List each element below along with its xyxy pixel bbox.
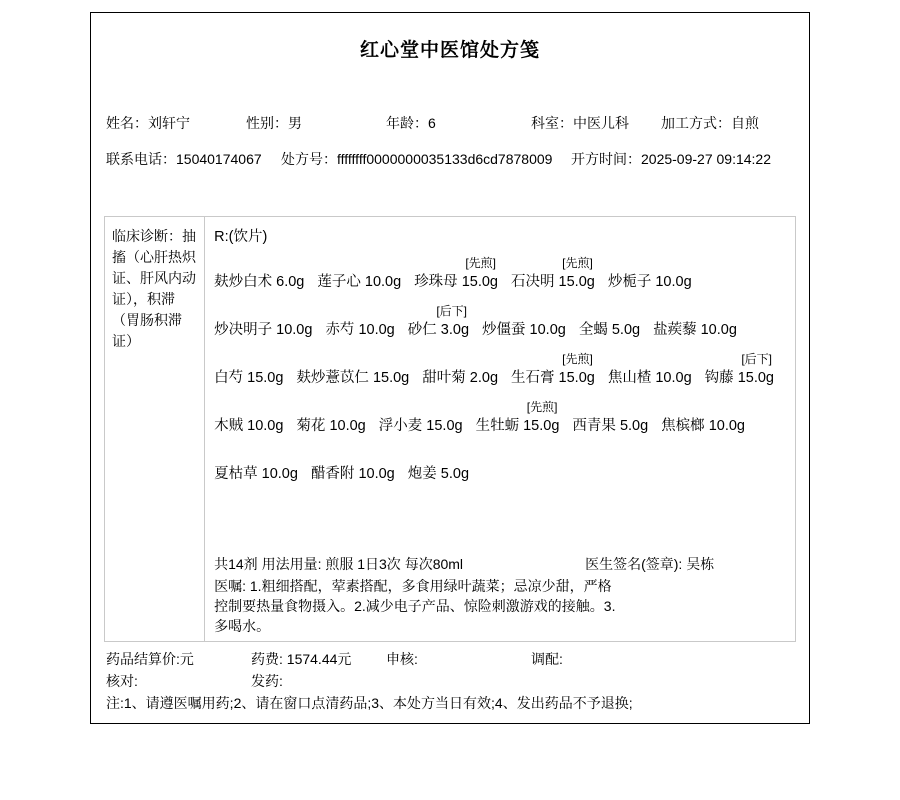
patient-age: 年龄：6 (386, 113, 436, 133)
herb-name-dose: 西青果 5.0g (572, 416, 648, 436)
herb-decoction-note (661, 399, 745, 416)
herb-item: 木贼 10.0g (214, 399, 283, 436)
herb-decoction-note (325, 303, 394, 320)
herb-item: 炒栀子 10.0g (608, 255, 692, 292)
herb-decoction-note (572, 399, 648, 416)
prescription-sheet: 红心堂中医馆处方笺 姓名：刘轩宁 性别：男 年龄：6 科室：中医儿科 加工方式：… (90, 12, 810, 724)
herb-item: 菊花 10.0g (296, 399, 365, 436)
herb-decoction-note (214, 399, 283, 416)
herb-item: 盐蒺藜 10.0g (653, 303, 737, 340)
herb-decoction-note (379, 399, 463, 416)
herb-name-dose: 莲子心 10.0g (317, 272, 401, 292)
herb-name-dose: 珍珠母 15.0g (414, 272, 498, 292)
herb-name-dose: 白芍 15.0g (214, 368, 283, 388)
herb-decoction-note (214, 255, 304, 272)
herb-item: [后下]砂仁 3.0g (408, 303, 469, 340)
herb-item: 焦槟榔 10.0g (661, 399, 745, 436)
herb-name-dose: 砂仁 3.0g (408, 320, 469, 340)
herb-decoction-note (482, 303, 566, 320)
herb-name-dose: 生石膏 15.0g (511, 368, 595, 388)
herb-name-dose: 炒僵蚕 10.0g (482, 320, 566, 340)
herb-item: 浮小麦 15.0g (379, 399, 463, 436)
herb-item: 麸炒薏苡仁 15.0g (296, 351, 409, 388)
herb-name-dose: 炒决明子 10.0g (214, 320, 312, 340)
herb-decoction-note (422, 351, 498, 368)
dose-count-usage: 共14剂 用法用量: 煎服 1日3次 每次80ml (214, 556, 463, 572)
herb-decoction-note (214, 447, 298, 464)
herb-name-dose: 浮小麦 15.0g (379, 416, 463, 436)
herb-item: 麸炒白术 6.0g (214, 255, 304, 292)
herb-item: 全蝎 5.0g (579, 303, 640, 340)
herb-item: [先煎]生石膏 15.0g (511, 351, 595, 388)
medicine-fee: 药费: 1574.44元 (251, 649, 351, 669)
herb-item: 夏枯草 10.0g (214, 447, 298, 484)
herb-name-dose: 麸炒白术 6.0g (214, 272, 304, 292)
check-field: 核对: (106, 671, 138, 691)
prescription-time: 开方时间：2025-09-27 09:14:22 (571, 149, 771, 169)
herb-decoction-note (296, 399, 365, 416)
clinic-title: 红心堂中医馆处方笺 (91, 35, 809, 62)
herb-name-dose: 石决明 15.0g (511, 272, 595, 292)
herb-name-dose: 甜叶菊 2.0g (422, 368, 498, 388)
herb-name-dose: 焦山楂 10.0g (608, 368, 692, 388)
herb-item: [先煎]石决明 15.0g (511, 255, 595, 292)
herb-item: 炮姜 5.0g (408, 447, 469, 484)
herb-item: 炒决明子 10.0g (214, 303, 312, 340)
doctor-signature: 医生签名(签章): 吴栋 (585, 554, 714, 574)
settlement-price: 药品结算价:元 (106, 649, 194, 669)
herb-decoction-note (317, 255, 401, 272)
herb-decoction-note: [后下] (408, 303, 469, 320)
doctor-advice: 医嘱: 1.粗细搭配，荤素搭配，多食用绿叶蔬菜；忌凉少甜，严格控制要热量食物摄入… (214, 576, 618, 636)
herb-decoction-note: [先煎] (476, 399, 560, 416)
dispense-prep-field: 调配: (531, 649, 563, 669)
herb-name-dose: 麸炒薏苡仁 15.0g (296, 368, 409, 388)
herb-list: 麸炒白术 6.0g 莲子心 10.0g[先煎]珍珠母 15.0g[先煎]石决明 … (214, 255, 787, 495)
herb-decoction-note (579, 303, 640, 320)
herb-item: [先煎]生牡蛎 15.0g (476, 399, 560, 436)
patient-name: 姓名：刘轩宁 (106, 113, 190, 133)
bottom-note: 注:1、请遵医嘱用药;2、请在窗口点清药品;3、本处方当日有效;4、发出药品不予… (106, 693, 633, 713)
herb-item: 白芍 15.0g (214, 351, 283, 388)
herb-item: [后下]钩藤 15.0g (705, 351, 774, 388)
herb-decoction-note (214, 303, 312, 320)
patient-gender: 性别：男 (246, 113, 302, 133)
herb-item: 赤芍 10.0g (325, 303, 394, 340)
herb-name-dose: 夏枯草 10.0g (214, 464, 298, 484)
herb-decoction-note: [先煎] (511, 351, 595, 368)
herb-decoction-note (296, 351, 409, 368)
herb-row: 木贼 10.0g 菊花 10.0g 浮小麦 15.0g[先煎]生牡蛎 15.0g… (214, 399, 787, 436)
rx-bottom-block: 共14剂 用法用量: 煎服 1日3次 每次80ml 医生签名(签章): 吴栋 医… (214, 554, 787, 636)
herb-item: 甜叶菊 2.0g (422, 351, 498, 388)
herb-decoction-note (408, 447, 469, 464)
herb-name-dose: 盐蒺藜 10.0g (653, 320, 737, 340)
issue-field: 发药: (251, 671, 283, 691)
review-field: 申核: (386, 649, 418, 669)
herb-row: 炒决明子 10.0g 赤芍 10.0g[后下]砂仁 3.0g 炒僵蚕 10.0g… (214, 303, 787, 340)
herb-decoction-note (214, 351, 283, 368)
herb-item: [先煎]珍珠母 15.0g (414, 255, 498, 292)
rx-type-label: R:(饮片) (214, 227, 787, 247)
herb-decoction-note (608, 255, 692, 272)
prescription-box: 临床诊断：抽搐（心肝热炽证、肝风内动证），积滞（胃肠积滞证） R:(饮片) 麸炒… (104, 216, 796, 642)
herb-item: 炒僵蚕 10.0g (482, 303, 566, 340)
herb-decoction-note: [先煎] (511, 255, 595, 272)
herb-name-dose: 醋香附 10.0g (311, 464, 395, 484)
herb-item: 西青果 5.0g (572, 399, 648, 436)
contact-phone: 联系电话：15040174067 (106, 149, 262, 169)
processing-method: 加工方式：自煎 (661, 113, 759, 133)
herb-decoction-note (311, 447, 395, 464)
herb-name-dose: 钩藤 15.0g (705, 368, 774, 388)
herb-name-dose: 生牡蛎 15.0g (476, 416, 560, 436)
herb-decoction-note (608, 351, 692, 368)
herb-item: 莲子心 10.0g (317, 255, 401, 292)
rx-column: R:(饮片) 麸炒白术 6.0g 莲子心 10.0g[先煎]珍珠母 15.0g[… (205, 217, 795, 641)
herb-name-dose: 菊花 10.0g (296, 416, 365, 436)
herb-name-dose: 全蝎 5.0g (579, 320, 640, 340)
clinical-diagnosis: 临床诊断：抽搐（心肝热炽证、肝风内动证），积滞（胃肠积滞证） (105, 217, 205, 641)
usage-row: 共14剂 用法用量: 煎服 1日3次 每次80ml 医生签名(签章): 吴栋 (214, 554, 787, 574)
prescription-number: 处方号：ffffffff0000000035133d6cd7878009 (281, 149, 552, 169)
herb-name-dose: 木贼 10.0g (214, 416, 283, 436)
herb-row: 白芍 15.0g 麸炒薏苡仁 15.0g 甜叶菊 2.0g[先煎]生石膏 15.… (214, 351, 787, 388)
department: 科室：中医儿科 (531, 113, 629, 133)
herb-decoction-note: [先煎] (414, 255, 498, 272)
herb-item: 醋香附 10.0g (311, 447, 395, 484)
herb-name-dose: 赤芍 10.0g (325, 320, 394, 340)
herb-decoction-note (653, 303, 737, 320)
herb-item: 焦山楂 10.0g (608, 351, 692, 388)
herb-name-dose: 炒栀子 10.0g (608, 272, 692, 292)
herb-decoction-note: [后下] (705, 351, 774, 368)
herb-name-dose: 焦槟榔 10.0g (661, 416, 745, 436)
herb-row: 麸炒白术 6.0g 莲子心 10.0g[先煎]珍珠母 15.0g[先煎]石决明 … (214, 255, 787, 292)
herb-row: 夏枯草 10.0g 醋香附 10.0g 炮姜 5.0g (214, 447, 787, 484)
herb-name-dose: 炮姜 5.0g (408, 464, 469, 484)
